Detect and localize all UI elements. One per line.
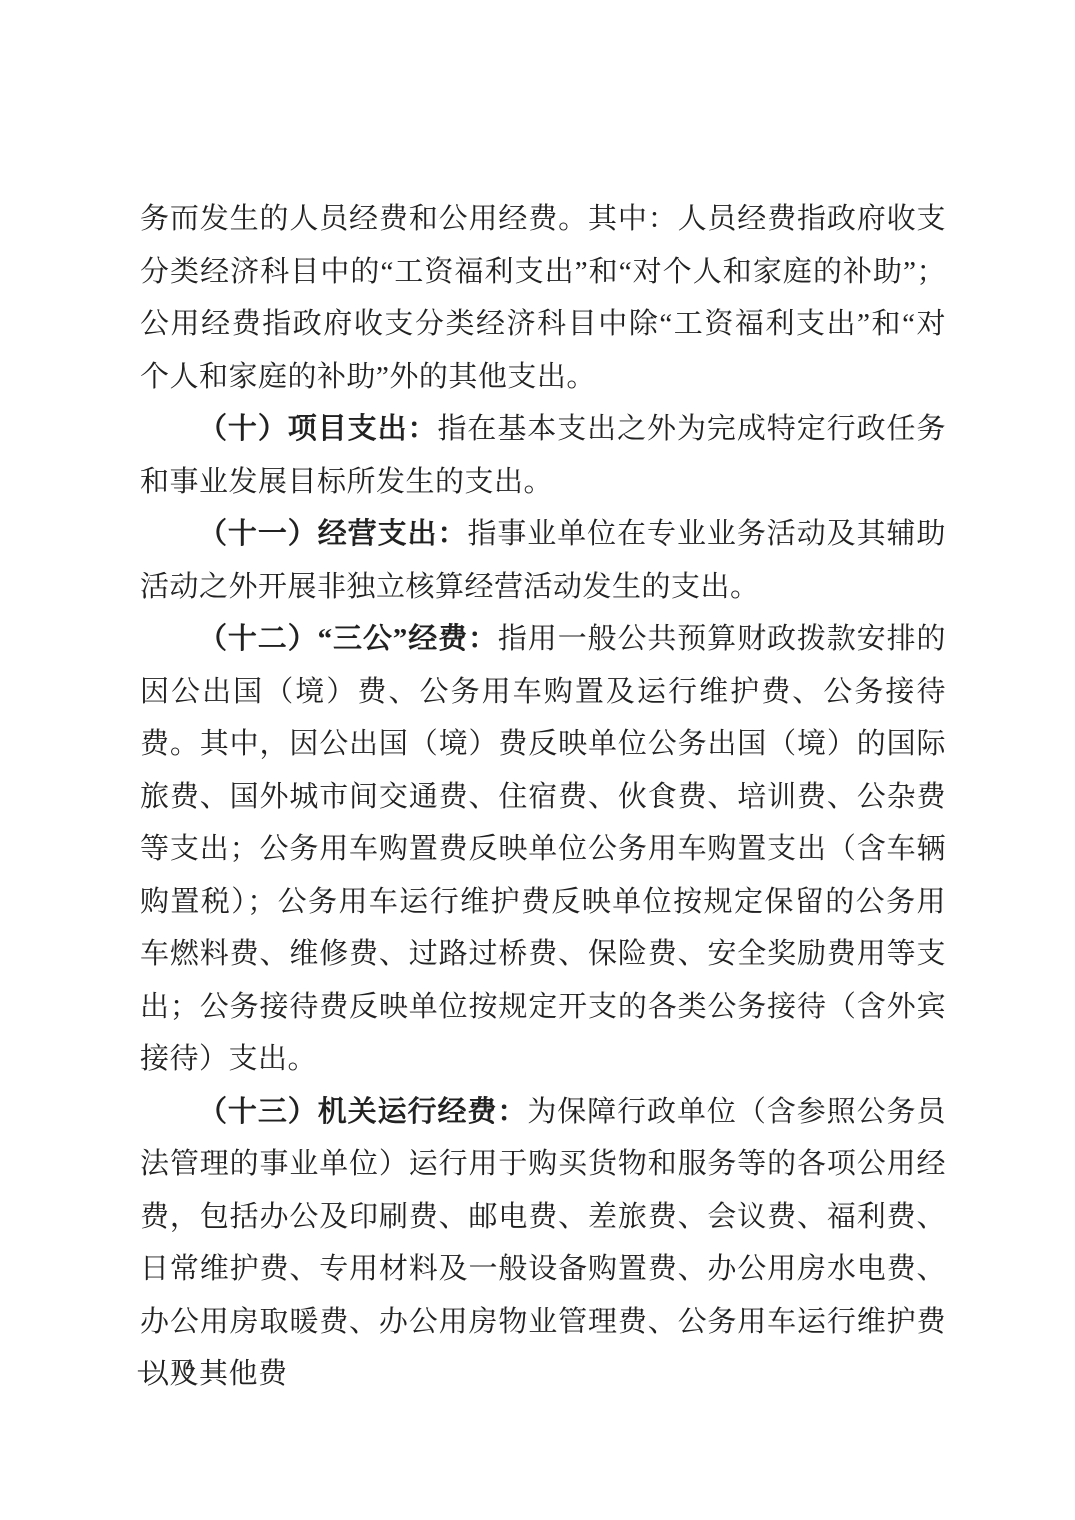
paragraph-item-12-three-public-funds: （十二）“三公”经费：指用一般公共预算财政拨款安排的因公出国（境）费、公务用车购… xyxy=(140,613,946,1086)
paragraph-text: 指用一般公共预算财政拨款安排的因公出国（境）费、公务用车购置及运行维护费、公务接… xyxy=(140,623,946,1075)
paragraph-label: （十一）经营支出： xyxy=(198,518,467,550)
paragraph-label: （十二）“三公”经费： xyxy=(198,623,498,655)
paragraph-label: （十）项目支出： xyxy=(198,413,438,445)
paragraph-text: 务而发生的人员经费和公用经费。其中：人员经费指政府收支分类经济科目中的“工资福利… xyxy=(140,203,946,393)
page-number: — 10 — xyxy=(138,1356,227,1382)
paragraph-item-11-operating-expenditure: （十一）经营支出：指事业单位在专业业务活动及其辅助活动之外开展非独立核算经营活动… xyxy=(140,508,946,613)
paragraph-item-10-project-expenditure: （十）项目支出：指在基本支出之外为完成特定行政任务和事业发展目标所发生的支出。 xyxy=(140,403,946,508)
document-body: 务而发生的人员经费和公用经费。其中：人员经费指政府收支分类经济科目中的“工资福利… xyxy=(140,193,946,1401)
paragraph-item-13-agency-operating-funds: （十三）机关运行经费：为保障行政单位（含参照公务员法管理的事业单位）运行用于购买… xyxy=(140,1086,946,1401)
paragraph-label: （十三）机关运行经费： xyxy=(198,1096,527,1128)
paragraph-text: 为保障行政单位（含参照公务员法管理的事业单位）运行用于购买货物和服务等的各项公用… xyxy=(140,1096,946,1391)
document-page: 务而发生的人员经费和公用经费。其中：人员经费指政府收支分类经济科目中的“工资福利… xyxy=(0,0,1075,1520)
paragraph-continuation: 务而发生的人员经费和公用经费。其中：人员经费指政府收支分类经济科目中的“工资福利… xyxy=(140,193,946,403)
